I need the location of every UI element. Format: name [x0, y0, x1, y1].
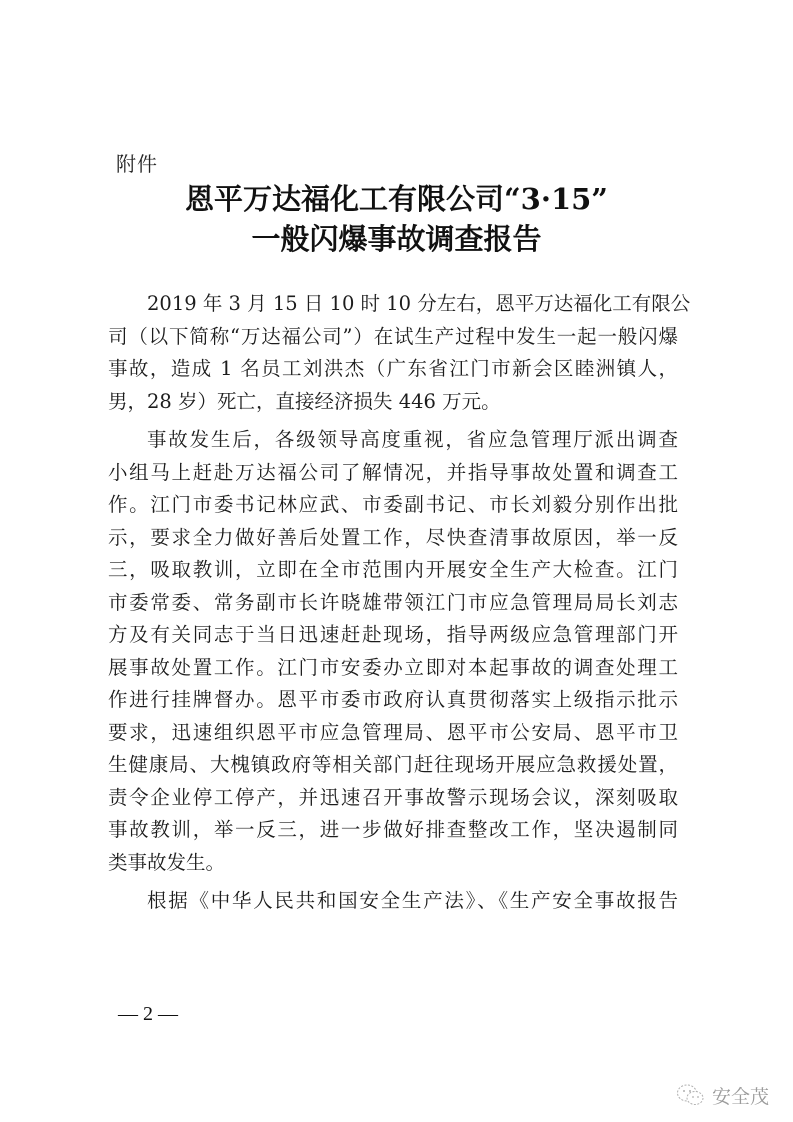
text-line: 方及有关同志于当日迅速赶赴现场，指导两级应急管理部门开: [108, 619, 678, 652]
text-line: 示，要求全力做好善后处置工作，尽快查清事故原因，举一反: [108, 522, 678, 555]
paragraph-legal-basis: 根据《中华人民共和国安全生产法》、《生产安全事故报告: [108, 885, 678, 918]
text-line: 小组马上赶赴万达福公司了解情况，并指导事故处置和调查工: [108, 457, 678, 490]
attachment-label: 附件: [116, 148, 158, 177]
text-line: 生健康局、大槐镇政府等相关部门赶往现场开展应急救援处置，: [108, 749, 678, 782]
text-line: 事故发生后，各级领导高度重视，省应急管理厅派出调查: [108, 424, 678, 457]
wechat-icon: [676, 1083, 706, 1109]
text-line: 事故，造成 1 名员工刘洪杰（广东省江门市新会区睦洲镇人，: [108, 353, 678, 386]
text-line: 男，28 岁）死亡，直接经济损失 446 万元。: [108, 386, 678, 419]
text-line: 类事故发生。: [108, 847, 678, 880]
text-line: 要求，迅速组织恩平市应急管理局、恩平市公安局、恩平市卫: [108, 717, 678, 750]
document-body: 2019 年 3 月 15 日 10 时 10 分左右，恩平万达福化工有限公 司…: [108, 288, 678, 918]
text-line: 三，吸取教训，立即在全市范围内开展安全生产大检查。江门: [108, 554, 678, 587]
text-line: 作。江门市委书记林应武、市委副书记、市长刘毅分别作出批: [108, 489, 678, 522]
text-line: 根据《中华人民共和国安全生产法》、《生产安全事故报告: [108, 885, 678, 918]
text-line: 责令企业停工停产，并迅速召开事故警示现场会议，深刻吸取: [108, 782, 678, 815]
text-line: 展事故处置工作。江门市安委办立即对本起事故的调查处理工: [108, 652, 678, 685]
watermark: 安全茂: [676, 1082, 769, 1109]
watermark-text: 安全茂: [712, 1082, 769, 1109]
document-title-line-1: 恩平万达福化工有限公司“3·15”: [0, 179, 793, 219]
text-line: 司（以下简称“万达福公司”）在试生产过程中发生一起一般闪爆: [108, 321, 678, 354]
text-line: 作进行挂牌督办。恩平市委市政府认真贯彻落实上级指示批示: [108, 684, 678, 717]
paragraph-response: 事故发生后，各级领导高度重视，省应急管理厅派出调查 小组马上赶赴万达福公司了解情…: [108, 424, 678, 879]
page-number: — 2 —: [118, 1003, 178, 1026]
paragraph-incident-summary: 2019 年 3 月 15 日 10 时 10 分左右，恩平万达福化工有限公 司…: [108, 288, 678, 418]
text-line: 2019 年 3 月 15 日 10 时 10 分左右，恩平万达福化工有限公: [108, 288, 678, 321]
text-line: 事故教训，举一反三，进一步做好排查整改工作，坚决遏制同: [108, 814, 678, 847]
text-line: 市委常委、常务副市长许晓雄带领江门市应急管理局局长刘志: [108, 587, 678, 620]
document-title-line-2: 一般闪爆事故调查报告: [0, 219, 793, 259]
